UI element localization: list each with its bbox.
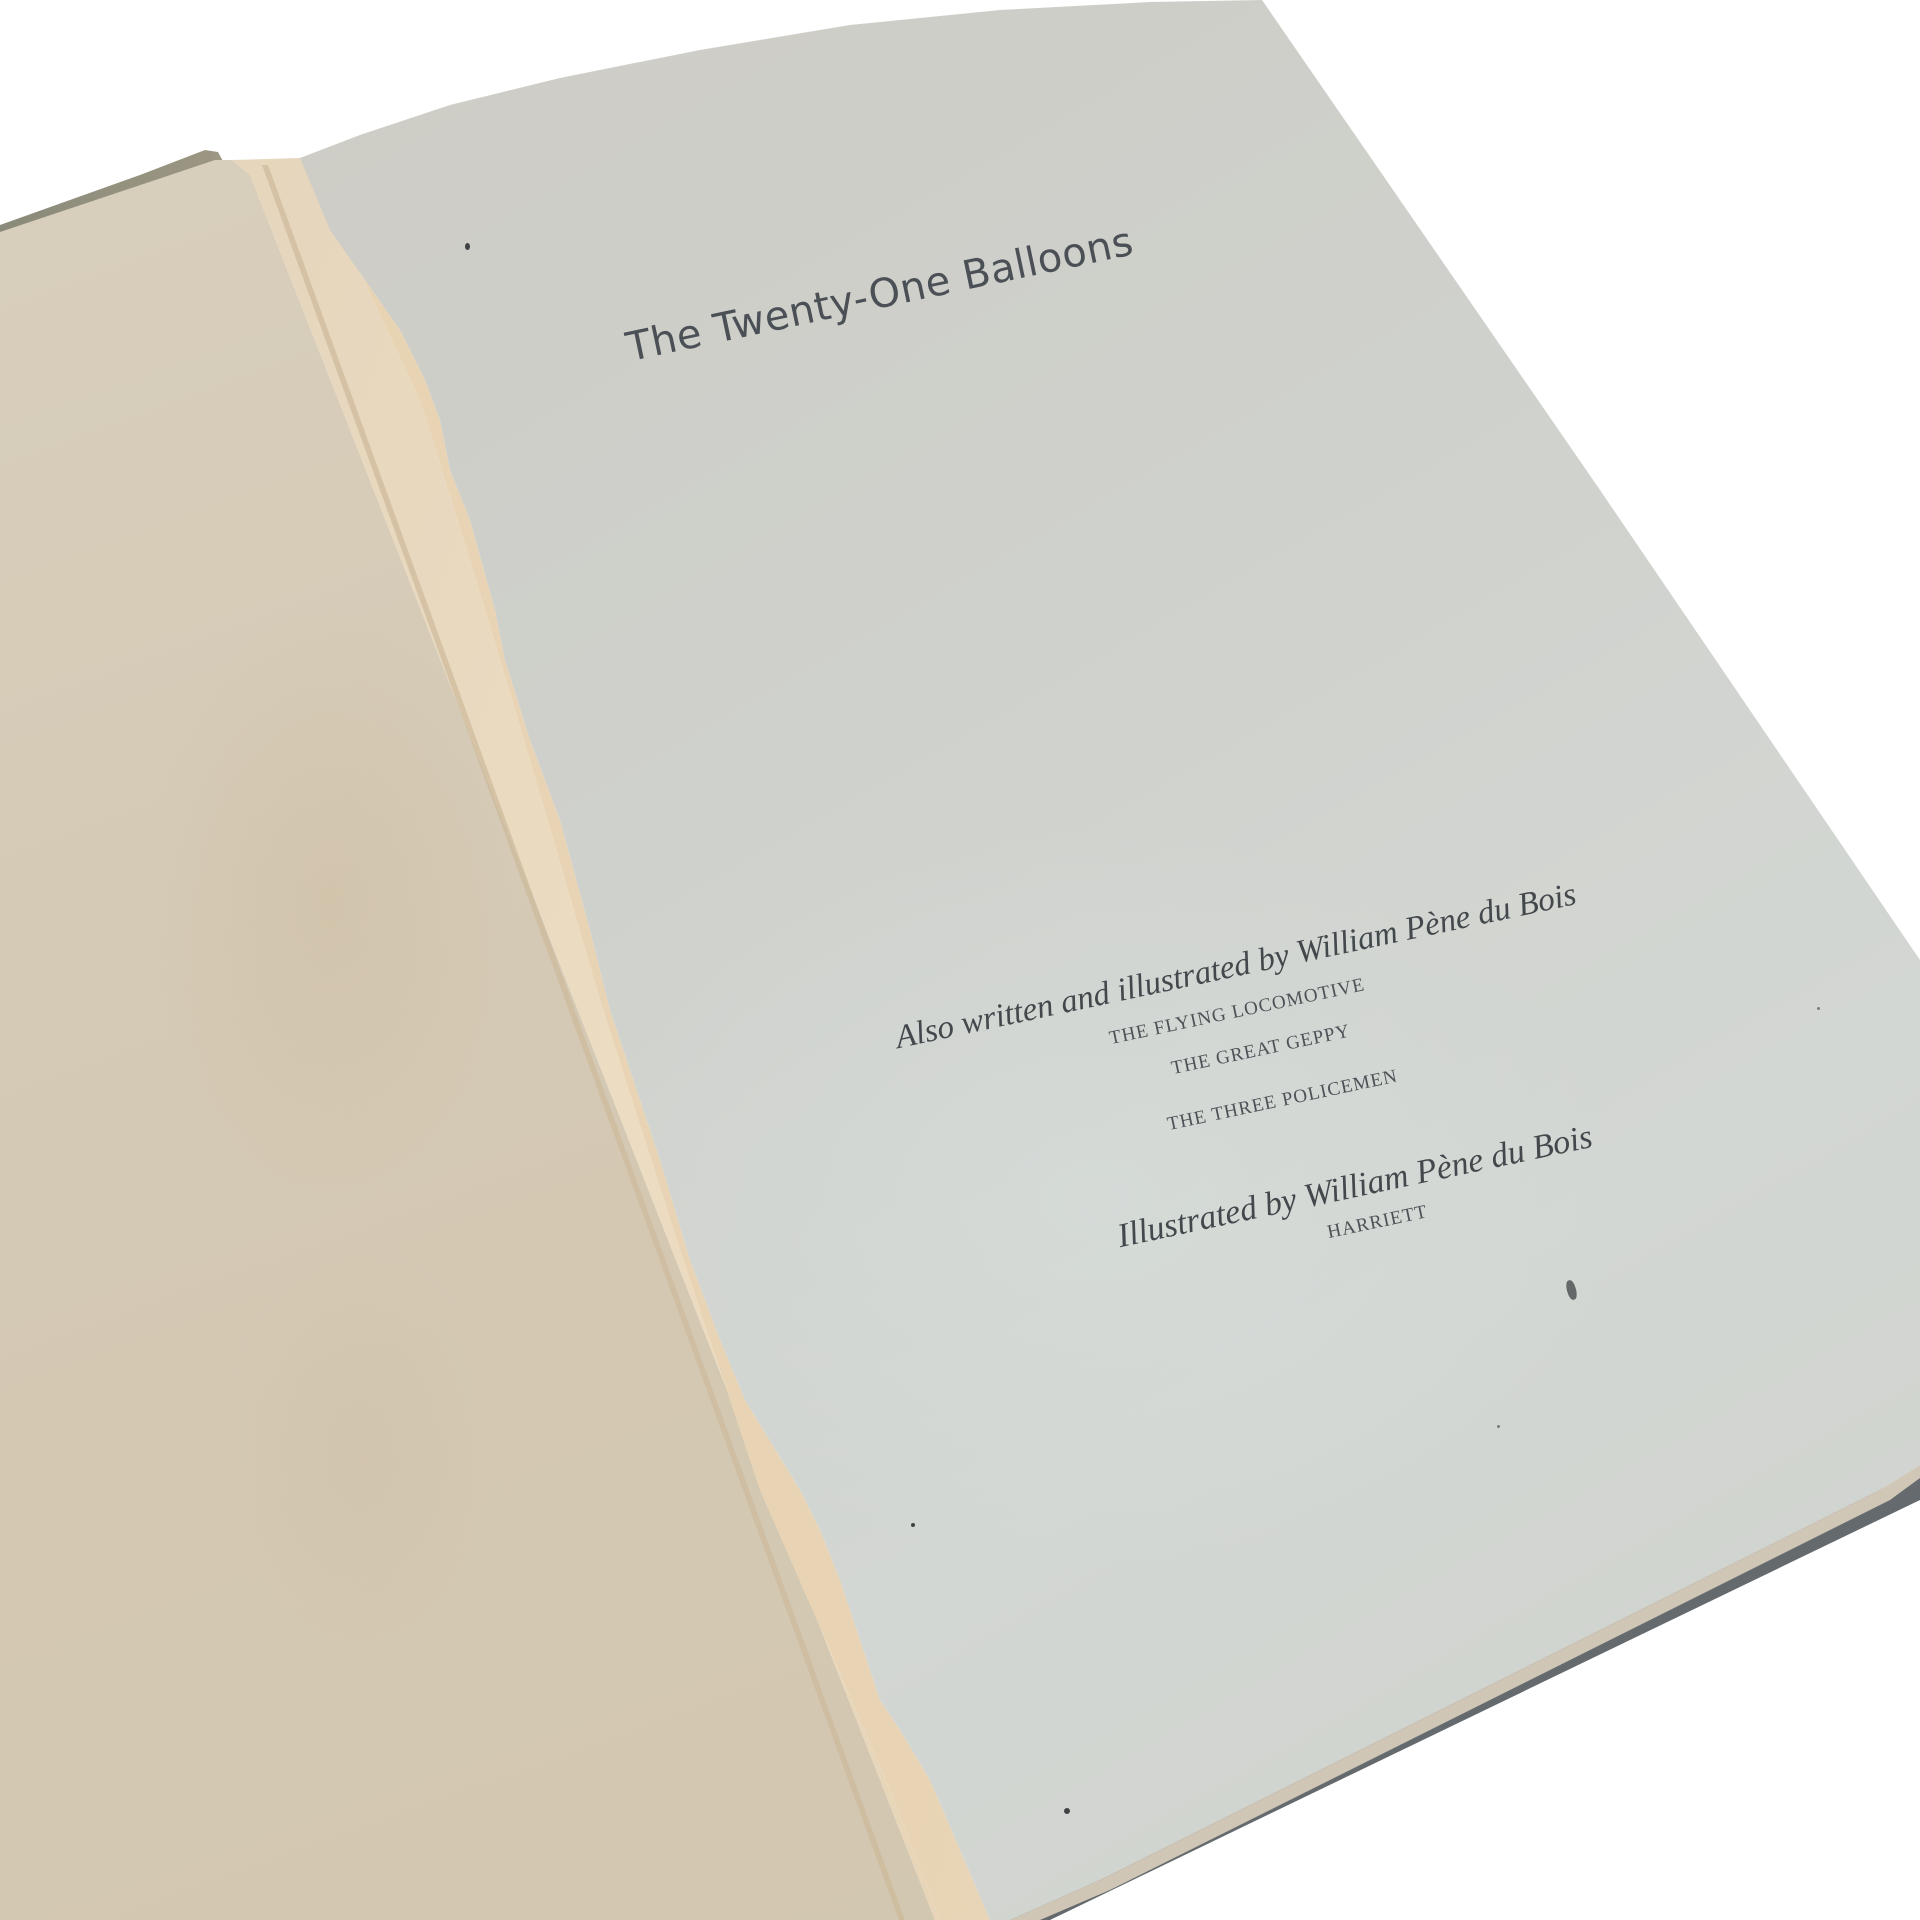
ink-speck bbox=[1064, 1808, 1070, 1814]
ink-speck bbox=[1817, 1007, 1820, 1010]
ink-speck bbox=[465, 243, 470, 250]
ink-speck bbox=[911, 1523, 915, 1527]
ink-speck bbox=[1497, 1425, 1500, 1428]
